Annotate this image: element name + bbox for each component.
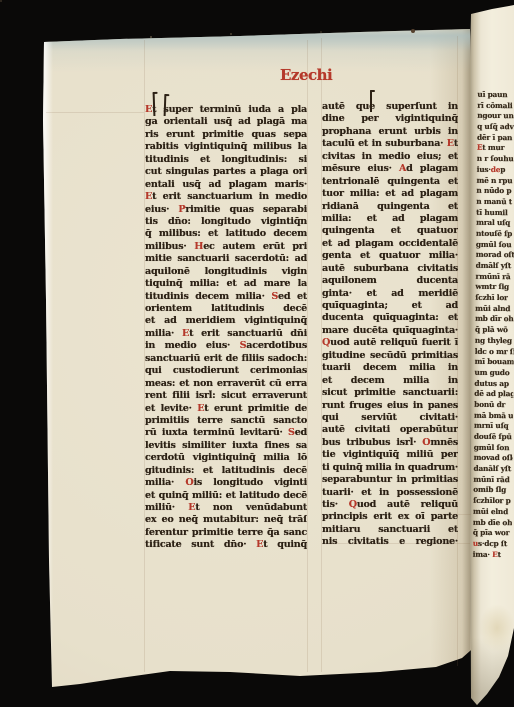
text-line: gitudine secūdū primitias sāc — [322, 350, 458, 362]
text-line: tuarii decem milia in orientē: — [322, 362, 458, 374]
text-line: in medio eius· Sacerdotibus — [145, 340, 307, 352]
text-line: uī paun — [477, 90, 514, 101]
text-line: Et mur — [477, 143, 514, 154]
text-line: mitie sanctuarii sacerdotū: ad — [145, 253, 307, 265]
text-line: Quod autē reliquū fuerit ī lon — [322, 337, 458, 349]
rubricated-initial: E — [188, 502, 195, 513]
text-line: q uſq̄ adv — [477, 122, 514, 133]
text-line: ti quinq̄ milia in quadrum· — [322, 462, 458, 474]
text-line: milia· Ōis longitudo viginti — [145, 477, 307, 489]
text-line: milibus· Hec autem erūt pri — [145, 241, 307, 253]
text-line: cerdotū vigintiquinq̄ milia lō — [145, 452, 307, 464]
rubricated-initial: E — [447, 138, 454, 149]
text-line: tī humil — [476, 207, 514, 218]
text-line: meas: et non erraverūt cū erra — [145, 378, 307, 390]
text-line: miliū· Et non venūdabunt — [145, 502, 307, 514]
text-line: mūi elnd — [473, 507, 512, 518]
text-column-right: autē que superſunt in latitudine per vig… — [322, 101, 458, 549]
text-line: q̄ milibus: et latitudo decem — [145, 228, 307, 240]
text-line: orientem latitudinis decē milia: — [145, 303, 307, 315]
text-line: tificate sunt dn̄o· Et quinq̄ milia — [145, 539, 307, 551]
ruling-line — [46, 112, 144, 113]
rubricated-initial: de — [491, 165, 501, 174]
rubricated-initial: A — [399, 163, 406, 174]
text-line: quingenta et quatuor milia· — [322, 225, 458, 237]
text-line: et decem milia in occidente erūt — [322, 375, 458, 387]
rubricated-initial: E — [182, 328, 189, 339]
rubricated-initial: E — [145, 104, 152, 115]
text-line: mē n rpu — [476, 175, 514, 186]
text-line: et quinq̄ miliū: et latitudo decē — [145, 490, 307, 502]
text-line: mare ducēta quīquaginta· — [322, 325, 458, 337]
text-line: gmūl ſou — [476, 239, 514, 250]
fore-edge-text: uī paunrī cōmalingour unq uſq̄ advdēr ī … — [473, 90, 514, 564]
rubricated-initial: S — [288, 427, 295, 438]
text-line: rmūnī rā — [475, 271, 514, 282]
text-line: gmūl ſon — [474, 442, 513, 453]
rubricated-initial: E — [492, 550, 498, 559]
text-line: mral uſq — [476, 218, 514, 229]
text-line: milia: et ad plagam orientalē — [322, 213, 458, 225]
text-line: ima· Et — [473, 549, 512, 560]
text-line: entali usq̄ ad plagam maris· — [145, 179, 307, 191]
ruling-line — [307, 40, 308, 672]
text-line: n manū t — [476, 197, 514, 208]
text-line: mb dīr oh — [475, 314, 514, 325]
text-line: ga orientali usq̄ ad plagā ma — [145, 116, 307, 128]
rubricated-initial: S — [240, 340, 247, 351]
rubricated-initial: E — [145, 191, 152, 202]
text-line: ris erunt primitie quas sepa — [145, 129, 307, 141]
text-line: genta et quatuor milia· Erit — [322, 250, 458, 262]
text-line: qui serviūt civitati· Serviētes — [322, 412, 458, 424]
text-line: aquilonem ducenta quinqua — [322, 275, 458, 287]
text-line: mūnī rād — [473, 475, 512, 486]
text-line: danālſ yſt — [473, 464, 512, 475]
text-line: mrnī uſq — [474, 421, 513, 432]
text-line: rabitis vigintiquinq̄ milibus la — [145, 141, 307, 153]
rubricated-initial: H — [194, 241, 203, 252]
text-line: tie vigintiquīq̄ miliū per vigī — [322, 449, 458, 461]
text-line: dine per vigintiquinq̄ milia: — [322, 113, 458, 125]
text-line: ng thyleg — [475, 336, 514, 347]
text-line: ridianā quingenta et quatuor — [322, 201, 458, 213]
text-line: ntouſē ſp — [476, 229, 514, 240]
text-line: n r ſouhu — [477, 154, 514, 165]
text-line: dutus ap — [474, 378, 513, 389]
text-line: quīquaginta; et ad orientem — [322, 300, 458, 312]
text-line: mūi alnd — [475, 304, 514, 315]
text-line: wmtr ſig — [475, 282, 514, 293]
text-line: mī bouam — [475, 357, 514, 368]
text-line: eius· Primitie quas separabi — [145, 204, 307, 216]
text-line: autē suburbana civitatis ad — [322, 263, 458, 275]
text-line: tiquinq̄ milia: et ad mare la — [145, 278, 307, 290]
text-line: tuor milia: et ad plagam me — [322, 188, 458, 200]
text-line: prophana erunt urbis in habi — [322, 126, 458, 138]
text-line: bonū dr — [474, 400, 513, 411]
rubricated-initial: P — [178, 204, 185, 215]
text-line: et ad meridiem vigintiquinq̄ — [145, 315, 307, 327]
text-line: ſczhīlor p — [473, 496, 512, 507]
rubricated-initial: u — [473, 539, 478, 548]
text-line: qui custodierunt cerimonias — [145, 365, 307, 377]
text-line: dēr ī pan — [477, 133, 514, 144]
text-line: mitiaru sanctuarii et possessio — [322, 524, 458, 536]
text-line: primitiis terre sanctū sancto — [145, 415, 307, 427]
text-line: bus tribubus isrl̄· Omnēs primi — [322, 437, 458, 449]
text-line: sanctuariū erit de filiis sadoch: — [145, 353, 307, 365]
text-line: movad oſk — [474, 453, 513, 464]
text-line: runt fruges eius in panes his — [322, 400, 458, 412]
text-line: ldc o mr ſī — [475, 346, 514, 357]
text-line: et ad plagam occidentalē quin — [322, 238, 458, 250]
text-line: q̄ pīa wor — [473, 528, 512, 539]
text-line: ginta· et ad meridiē ducentum — [322, 288, 458, 300]
rubricated-initial: O — [422, 437, 430, 448]
text-line: tuarii· et in possessionē civita — [322, 487, 458, 499]
rubricated-initial: Ō — [185, 477, 193, 488]
text-line: rent filii isrl̄: sicut erraverunt — [145, 390, 307, 402]
text-line: ducenta quīquaginta: et ad — [322, 312, 458, 324]
text-line: titudinis decem milia· Sed et ad — [145, 291, 307, 303]
text-line: dē ad plag — [474, 389, 513, 400]
text-line: um gudo — [474, 368, 513, 379]
text-line: tentrionalē quingenta et qua — [322, 176, 458, 188]
text-line: morad oſt — [476, 250, 514, 261]
running-title: Ezechi — [280, 66, 332, 84]
text-line: cut singulas partes a plaga ori — [145, 166, 307, 178]
rubricated-initial: S — [271, 291, 278, 302]
text-line: taculū et in suburbana· Et erit — [322, 138, 458, 150]
rubricated-initial: E — [477, 143, 483, 152]
text-line: mēsure eius· Ad plagam sep — [322, 163, 458, 175]
text-line: douſē ſpū — [474, 432, 513, 443]
edge-specks — [0, 0, 2, 2]
text-line: et levite· Et erunt primitie de — [145, 403, 307, 415]
text-line: rū iuxta terminū levitarū· Sed et — [145, 427, 307, 439]
text-line: mā bmā u — [474, 410, 513, 421]
text-line: dmālſ yſt — [476, 261, 514, 272]
text-column-left: Et super terminū iuda a plaga orientali … — [145, 104, 307, 552]
text-line: levitis similiter iuxta fines sa — [145, 440, 307, 452]
rubricated-initial: E — [197, 403, 204, 414]
text-line: tis· Quod autē reliquū fuerit — [322, 499, 458, 511]
text-line: ius·dep — [477, 165, 514, 176]
text-line: tis dn̄o: longitudo vigintiq̄n — [145, 216, 307, 228]
text-line: principis erit ex oī parte pri — [322, 511, 458, 523]
text-line: ngour un — [477, 111, 514, 122]
text-line: civitas in medio eius; et hee — [322, 151, 458, 163]
text-line: rī cōmali — [477, 100, 514, 111]
text-line: nis civitatis e regione· vigin — [322, 536, 458, 548]
text-line: Et erit sanctuarium in medio — [145, 191, 307, 203]
text-line: gitudinis: et latitudinis decē — [145, 465, 307, 477]
text-line: us·dcp ſt — [473, 539, 512, 550]
text-line: mb dīe oh — [473, 517, 512, 528]
text-line: sicut primitie sanctuarii: et e — [322, 387, 458, 399]
text-line: ferentur primitie terre q̄a sanc — [145, 527, 307, 539]
text-line: autē civitati operabūtur ex oī — [322, 424, 458, 436]
rubricated-initial: E — [256, 539, 263, 550]
text-line: titudinis et longitudinis: si — [145, 154, 307, 166]
text-line: ex eo neq̄ mutabitur: neq̄ trāſ — [145, 514, 307, 526]
text-line: q̄ plā wō — [475, 325, 514, 336]
text-line: Et super terminū iuda a pla — [145, 104, 307, 116]
text-line: milia· Et erit sanctuariū dn̄i — [145, 328, 307, 340]
rubricated-initial: Q — [322, 337, 330, 348]
text-line: separabuntur in primitias sāc — [322, 474, 458, 486]
manuscript-photo: Ezechi Et super terminū iuda a plaga ori… — [0, 0, 514, 707]
text-line: n nūdo p — [476, 186, 514, 197]
text-line: ſczhī lor — [475, 293, 514, 304]
text-line: omib ſlg — [473, 485, 512, 496]
text-line: aquilonē longitudinis vigin — [145, 266, 307, 278]
rubricated-initial: Q — [349, 499, 357, 510]
text-line: autē que superſunt in latitu — [322, 101, 458, 113]
